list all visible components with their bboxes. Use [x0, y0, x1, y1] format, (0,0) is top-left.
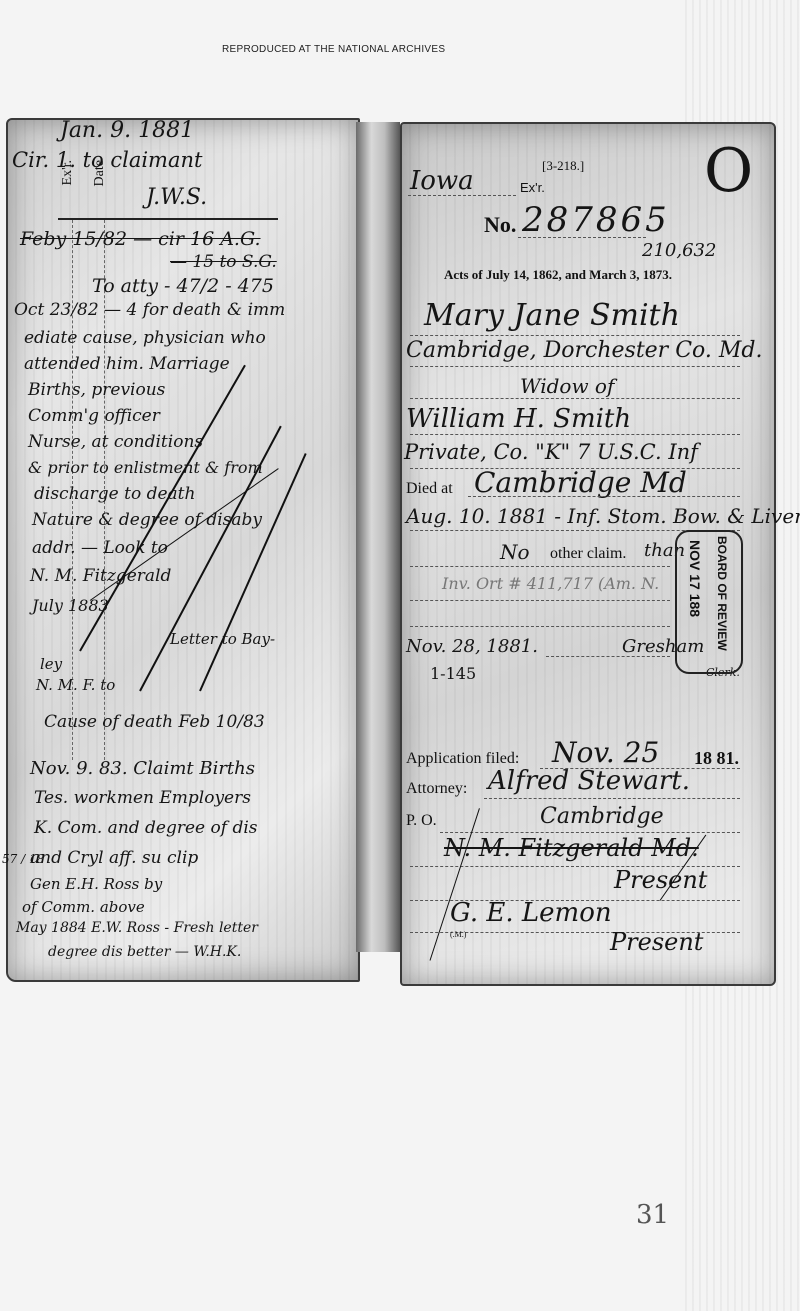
left-line: addr. — Look to: [32, 538, 168, 558]
application-year: 18 81.: [694, 748, 739, 769]
other-claim-label: other claim.: [550, 545, 626, 563]
left-line: Nov. 9. 83. Claimt Births: [30, 758, 255, 779]
attorney-label: Attorney:: [406, 780, 467, 798]
present-note-2: Present: [610, 928, 703, 956]
successor-attorney: G. E. Lemon: [450, 898, 612, 928]
left-line: Oct 23/82 — 4 for death & imm: [14, 300, 285, 320]
left-line: Births, previous: [28, 380, 165, 400]
application-date: Nov. 25: [552, 736, 659, 769]
left-line: of Comm. above: [22, 898, 145, 916]
certificate-number: 287865: [522, 200, 670, 240]
left-line: ley: [40, 655, 62, 673]
left-header-rule: [58, 218, 278, 220]
struck-attorney: N. M. Fitzgerald Md.: [444, 834, 699, 862]
folder-spine: [356, 122, 400, 952]
acts-line: Acts of July 14, 1862, and March 3, 1873…: [444, 267, 672, 283]
soldier-name: William H. Smith: [406, 404, 631, 434]
page-number: 31: [636, 1200, 669, 1230]
death-detail: Aug. 10. 1881 - Inf. Stom. Bow. & Liver: [406, 504, 800, 528]
relation: Widow of: [520, 374, 614, 398]
left-line: Gen E.H. Ross by: [30, 875, 162, 893]
service-record: Private, Co. "K" 7 U.S.C. Inf: [404, 440, 698, 464]
left-line: Feby 15/82 — cir 16 A.G.: [20, 228, 261, 250]
stamp-date: NOV 17 188: [687, 540, 703, 617]
examiner-label: Ex'r.: [520, 180, 545, 195]
state-value: Iowa: [410, 166, 474, 196]
left-line: Nurse, at conditions: [28, 432, 203, 452]
left-line: J.W.S.: [146, 185, 207, 210]
died-at-value: Cambridge Md: [474, 466, 687, 499]
left-line: Jan. 9. 1881: [60, 118, 194, 143]
left-line: N. M. F. to: [36, 676, 115, 694]
secondary-number: 210,632: [642, 240, 716, 261]
left-line: Cause of death Feb 10/83: [44, 712, 265, 732]
left-line: & prior to enlistment & from: [28, 458, 263, 477]
present-note-1: Present: [614, 866, 707, 894]
died-at-label: Died at: [406, 480, 453, 498]
po-label: P. O.: [406, 812, 437, 830]
attorney-name: Alfred Stewart.: [488, 766, 690, 796]
filed-date: Nov. 28, 1881.: [406, 636, 538, 657]
corner-note: [3-218.]: [542, 158, 584, 174]
left-line: degree dis better — W.H.K.: [48, 944, 241, 960]
left-line: May 1884 E.W. Ross - Fresh letter: [16, 920, 258, 936]
left-line: ediate cause, physician who: [24, 328, 266, 348]
other-claim-prefix: No: [500, 540, 530, 564]
left-line: Cir. 1. to claimant: [12, 148, 202, 172]
file-reference: 1-145: [430, 664, 476, 683]
claimant-name: Mary Jane Smith: [424, 298, 680, 333]
board-of-review-stamp: BOARD OF REVIEW NOV 17 188: [675, 530, 743, 674]
big-letter-mark: O: [704, 136, 753, 206]
left-line: July 1883: [32, 596, 109, 615]
left-line: and Cryl aff. su clip: [30, 848, 198, 868]
other-claim-reference: Inv. Ort # 411,717 (Am. N.: [442, 574, 659, 593]
margin-note: 57 / 18: [2, 852, 44, 866]
residence: Cambridge, Dorchester Co. Md.: [406, 338, 762, 363]
left-line: attended him. Marriage: [24, 354, 230, 374]
number-label: No.: [484, 212, 516, 238]
po-value: Cambridge: [540, 804, 664, 829]
small-print: (.M.): [450, 930, 466, 939]
left-line: Comm'g officer: [28, 406, 160, 426]
stamp-title: BOARD OF REVIEW: [715, 536, 729, 651]
left-line: — 15 to S.G.: [170, 252, 277, 272]
left-line: K. Com. and degree of dis: [34, 818, 258, 838]
archive-stamp: REPRODUCED AT THE NATIONAL ARCHIVES: [222, 44, 445, 55]
left-line: N. M. Fitzgerald: [30, 566, 171, 586]
left-line: To atty - 47/2 - 475: [92, 275, 274, 297]
left-line: Tes. workmen Employers: [34, 788, 251, 808]
